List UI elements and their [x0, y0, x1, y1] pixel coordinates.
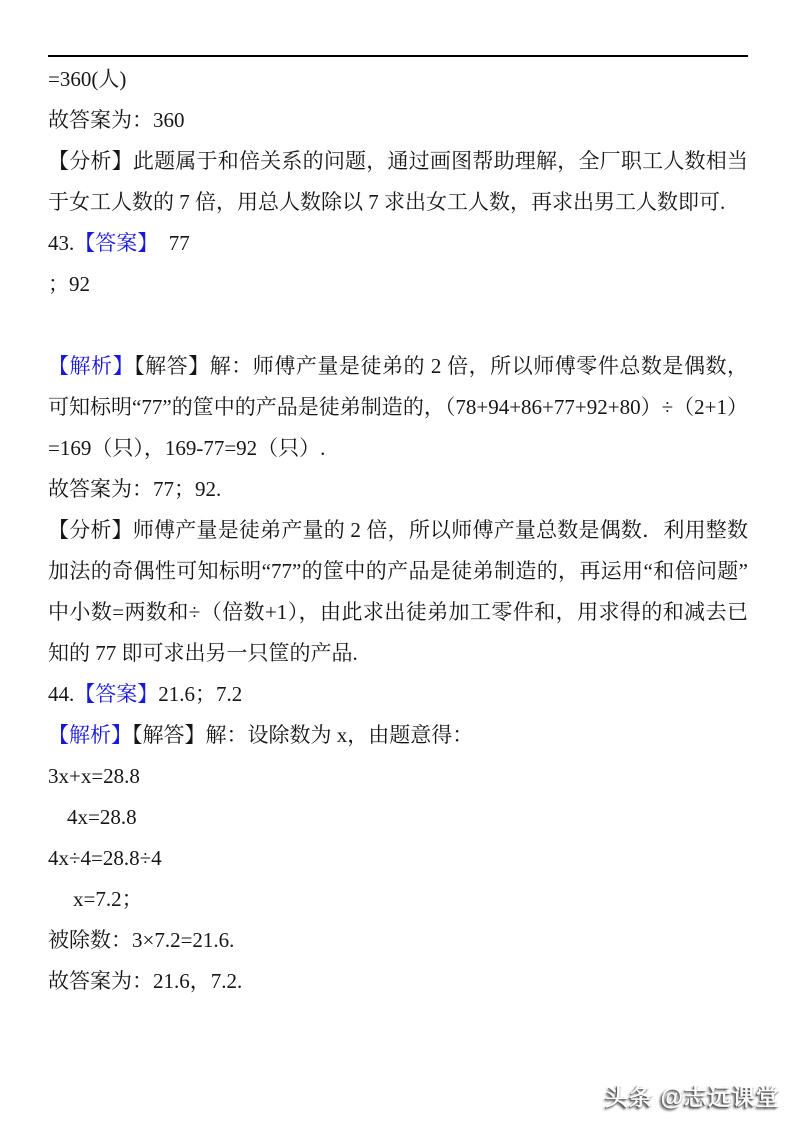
line-analysis-43-part3: 中小数=两数和÷（倍数+1），由此求出徒弟加工零件和，用求得的和减去已: [48, 592, 748, 633]
line-explanation-43-part3: =169（只），169-77=92（只）.: [48, 428, 748, 469]
line-explanation-44-intro: 【解析】【解答】解：设除数为 x，由题意得：: [48, 715, 748, 756]
text-run: 中小数=两数和÷（倍数+1），由此求出徒弟加工零件和，用求得的和减去已: [48, 600, 748, 624]
line-analysis-42-part1: 【分析】此题属于和倍关系的问题，通过画图帮助理解，全厂职工人数相当: [48, 141, 748, 182]
line-eq-360: =360(人): [48, 59, 748, 100]
toutiao-watermark: 头条 @志远课堂: [605, 1079, 780, 1112]
line-analysis-43-part2: 加法的奇偶性可知标明“77”的筐中的产品是徒弟制造的，再运用“和倍问题”: [48, 551, 748, 592]
answer-tag: 【答案】: [74, 682, 158, 706]
answer-value: ；92: [48, 272, 90, 296]
question-number: 44.: [48, 682, 74, 706]
line-explanation-43-part2: 可知标明“77”的筐中的产品是徒弟制造的，（78+94+86+77+92+80）…: [48, 387, 748, 428]
text-run: =169（只），169-77=92（只）.: [48, 436, 325, 460]
equation-text: 3x+x=28.8: [48, 764, 140, 788]
document-body: =360(人) 故答案为：360 【分析】此题属于和倍关系的问题，通过画图帮助理…: [48, 59, 748, 1002]
line-analysis-43-part1: 【分析】师傅产量是徒弟产量的 2 倍，所以师傅产量总数是偶数．利用整数: [48, 510, 748, 551]
answer-value: 77: [158, 231, 190, 255]
text-run: 加法的奇偶性可知标明“77”的筐中的产品是徒弟制造的，再运用“和倍问题”: [48, 559, 748, 583]
line-equation-step1: 3x+x=28.8: [48, 756, 748, 797]
equation-text: x=7.2；: [73, 887, 143, 911]
line-explanation-43-part1: 【解析】【解答】解：师傅产量是徒弟的 2 倍，所以师傅零件总数是偶数，: [48, 346, 748, 387]
equation-text: 被除数：3×7.2=21.6.: [48, 928, 234, 952]
document-page: =360(人) 故答案为：360 【分析】此题属于和倍关系的问题，通过画图帮助理…: [0, 0, 794, 1123]
line-answer-is-21-6-7-2: 故答案为：21.6，7.2.: [48, 961, 748, 1002]
line-dividend-calc: 被除数：3×7.2=21.6.: [48, 920, 748, 961]
line-answer-43: 43.【答案】 77: [48, 223, 748, 264]
text-run: 故答案为：360: [48, 108, 185, 132]
line-equation-step2: 4x=28.8: [48, 797, 748, 838]
line-answer-is-360: 故答案为：360: [48, 100, 748, 141]
line-analysis-43-part4: 知的 77 即可求出另一只筐的产品.: [48, 633, 748, 674]
text-run: 于女工人数的 7 倍，用总人数除以 7 求出女工人数，再求出男工人数即可.: [48, 190, 725, 214]
line-equation-step3: 4x÷4=28.8÷4: [48, 838, 748, 879]
line-answer-44: 44.【答案】21.6；7.2: [48, 674, 748, 715]
analysis-tag-and-text: 【分析】此题属于和倍关系的问题，通过画图帮助理解，全厂职工人数相当: [48, 149, 748, 173]
question-number: 43.: [48, 231, 74, 255]
text-run: 故答案为：77；92.: [48, 477, 221, 501]
answer-value: 21.6；7.2: [158, 682, 242, 706]
text-run: 【解答】解：设除数为 x，由题意得：: [132, 723, 473, 747]
line-answer-is-77-92: 故答案为：77；92.: [48, 469, 748, 510]
blank-line: [48, 305, 748, 346]
text-run: 知的 77 即可求出另一只筐的产品.: [48, 641, 358, 665]
answer-tag: 【答案】: [74, 231, 158, 255]
analysis-tag-and-text: 【分析】师傅产量是徒弟产量的 2 倍，所以师傅产量总数是偶数．利用整数: [48, 518, 748, 542]
header-divider-rule: [48, 55, 748, 57]
text-run: 故答案为：21.6，7.2.: [48, 969, 242, 993]
equation-text: 4x=28.8: [67, 805, 137, 829]
equation-text: 4x÷4=28.8÷4: [48, 846, 162, 870]
text-run: =360(人): [48, 67, 126, 91]
text-run: 可知标明“77”的筐中的产品是徒弟制造的，（78+94+86+77+92+80）…: [48, 395, 748, 419]
line-equation-step4: x=7.2；: [48, 879, 748, 920]
explanation-tag: 【解析】: [48, 354, 134, 378]
line-analysis-42-part2: 于女工人数的 7 倍，用总人数除以 7 求出女工人数，再求出男工人数即可.: [48, 182, 748, 223]
text-run: 【解答】解：师傅产量是徒弟的 2 倍，所以师傅零件总数是偶数，: [134, 354, 748, 378]
line-answer-43-second-value: ；92: [48, 264, 748, 305]
explanation-tag: 【解析】: [48, 723, 132, 747]
